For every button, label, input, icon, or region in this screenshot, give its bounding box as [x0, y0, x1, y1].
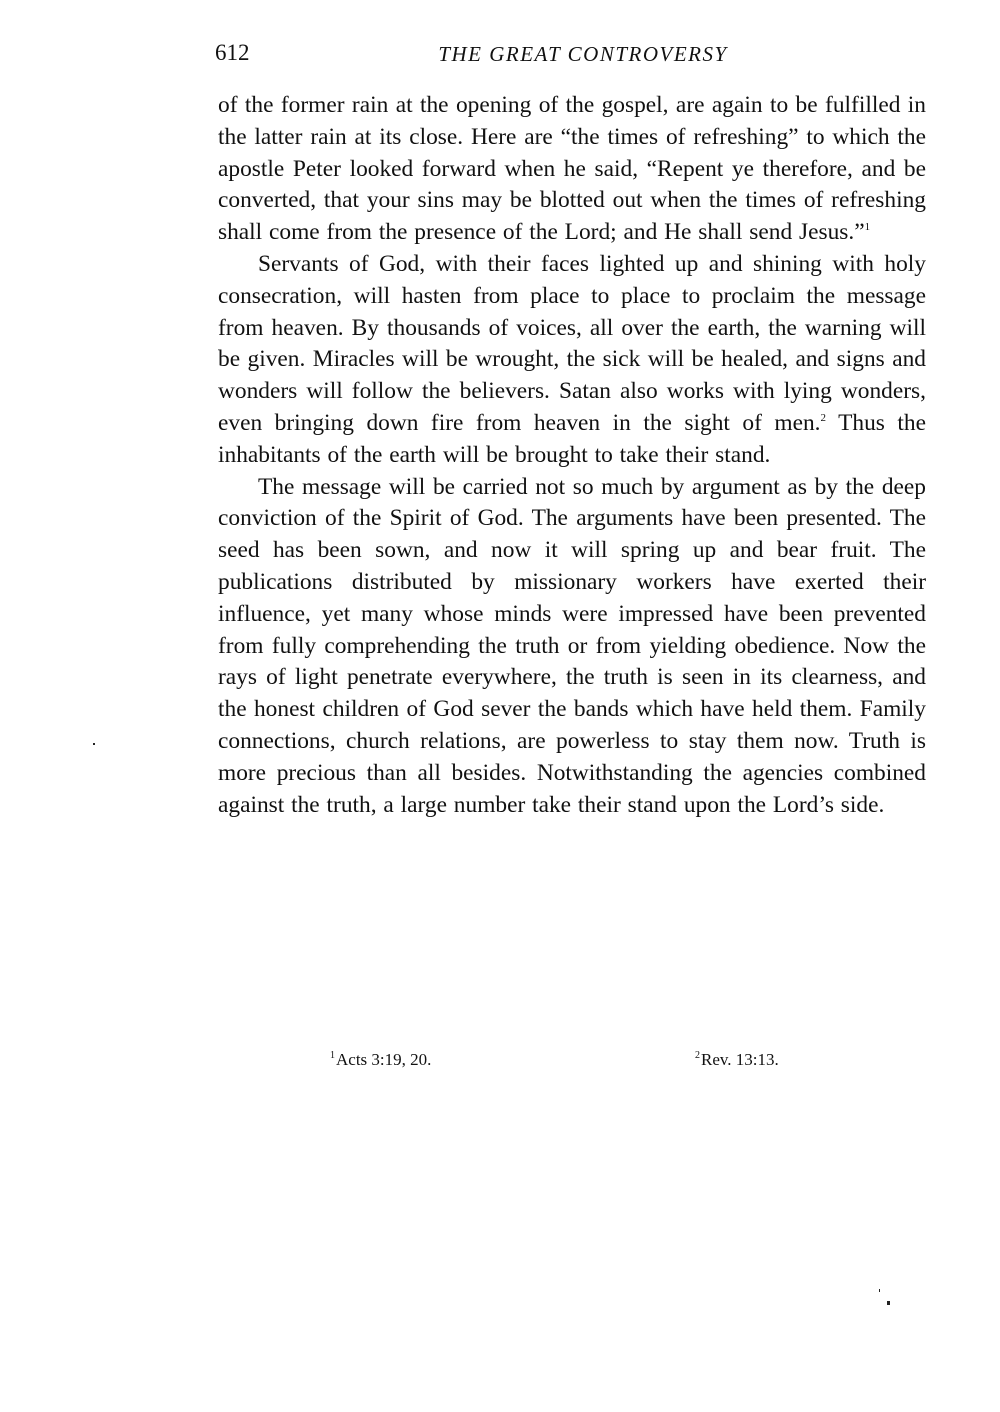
running-title: THE GREAT CONTROVERSY	[215, 42, 927, 67]
paragraph-3: The message will be carried not so much …	[218, 472, 926, 822]
footnote-1: 1Acts 3:19, 20.	[330, 1050, 431, 1070]
footnote-2-text: Rev. 13:13.	[701, 1050, 779, 1069]
page-header: 612 THE GREAT CONTROVERSY	[215, 38, 927, 72]
footnote-1-marker: 1	[330, 1050, 335, 1061]
footnote-2-marker: 2	[695, 1050, 700, 1061]
paragraph-2-text-before: Servants of God, with their faces lighte…	[218, 251, 926, 436]
paragraph-3-text: The message will be carried not so much …	[218, 474, 926, 818]
paragraph-2: Servants of God, with their faces lighte…	[218, 249, 926, 472]
footnote-2: 2Rev. 13:13.	[695, 1050, 779, 1070]
scan-speck	[879, 1289, 880, 1292]
body-text: of the former rain at the opening of the…	[218, 90, 926, 821]
scan-speck	[887, 1301, 890, 1305]
footnote-ref-1: 1	[865, 221, 871, 233]
paragraph-1-text: of the former rain at the opening of the…	[218, 92, 926, 245]
paragraph-1: of the former rain at the opening of the…	[218, 90, 926, 249]
footnote-1-text: Acts 3:19, 20.	[336, 1050, 431, 1069]
scan-speck	[93, 743, 95, 745]
